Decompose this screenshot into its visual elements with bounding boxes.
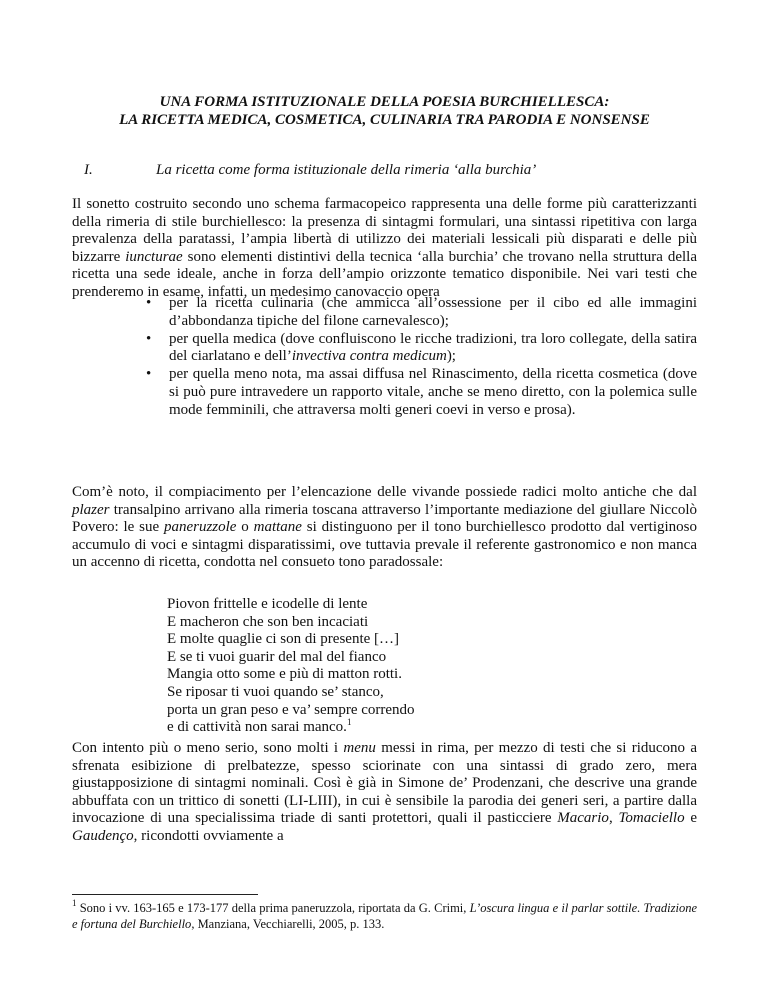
italic-run: Macario (557, 810, 609, 826)
section-title: La ricetta come forma istituzionale dell… (156, 161, 536, 179)
title-line-2: LA RICETTA MEDICA, COSMETICA, CULINARIA … (72, 111, 697, 129)
italic-run: Gaudenço (72, 828, 134, 844)
poem-line: e di cattività non sarai manco.1 (167, 719, 415, 737)
italic-run: mattane (254, 519, 302, 535)
text-run: Con intento più o meno serio, sono molti… (72, 740, 343, 756)
poem-quote: Piovon frittelle e icodelle di lente E m… (167, 596, 415, 737)
italic-run: iuncturae (125, 249, 183, 265)
paragraph-2: Com’è noto, il compiacimento per l’elenc… (72, 484, 697, 572)
bullet-icon: • (146, 366, 151, 384)
italic-run: menu (343, 740, 376, 756)
text-run: e (685, 810, 697, 826)
list-item: •per la ricetta culinaria (che ammicca a… (143, 295, 697, 330)
poem-line-text: e di cattività non sarai manco. (167, 719, 347, 735)
poem-line: Piovon frittelle e icodelle di lente (167, 596, 415, 614)
footnote-reference[interactable]: 1 (347, 717, 352, 727)
poem-line: porta un gran peso e va’ sempre correndo (167, 702, 415, 720)
poem-line: E molte quaglie ci son di presente […] (167, 631, 415, 649)
text-run: , ricondotti ovviamente a (134, 828, 284, 844)
paragraph-3: Con intento più o meno serio, sono molti… (72, 740, 697, 846)
italic-run: invectiva contra medicum (292, 348, 447, 364)
list-item-text: per quella meno nota, ma assai diffusa n… (169, 366, 697, 417)
italic-run: Tomaciello (618, 810, 684, 826)
footnote: 1 Sono i vv. 163-165 e 173-177 della pri… (72, 901, 697, 932)
bullet-icon: • (146, 295, 151, 313)
list-item: •per quella medica (dove confluiscono le… (143, 331, 697, 366)
text-run: o (236, 519, 253, 535)
italic-run: paneruzzole (164, 519, 237, 535)
list-item: •per quella meno nota, ma assai diffusa … (143, 366, 697, 419)
list-item-text: per la ricetta culinaria (che ammicca al… (169, 295, 697, 329)
text-run: , Manziana, Vecchiarelli, 2005, p. 133. (191, 917, 384, 931)
bullet-icon: • (146, 331, 151, 349)
bullet-list: •per la ricetta culinaria (che ammicca a… (143, 295, 697, 420)
poem-line: Mangia otto some e più di matton rotti. (167, 666, 415, 684)
text-run: Sono i vv. 163-165 e 173-177 della prima… (77, 901, 470, 915)
poem-line: E macheron che son ben incaciati (167, 614, 415, 632)
italic-run: plazer (72, 502, 110, 518)
text-run: Com’è noto, il compiacimento per l’elenc… (72, 484, 697, 500)
title-line-1: UNA FORMA ISTITUZIONALE DELLA POESIA BUR… (72, 93, 697, 111)
list-item-text: ); (447, 348, 456, 364)
poem-line: Se riposar ti vuoi quando se’ stanco, (167, 684, 415, 702)
section-number: I. (84, 161, 93, 179)
poem-line: E se ti vuoi guarir del mal del fianco (167, 649, 415, 667)
paragraph-1: Il sonetto costruito secondo uno schema … (72, 196, 697, 302)
footnote-separator (72, 894, 258, 895)
